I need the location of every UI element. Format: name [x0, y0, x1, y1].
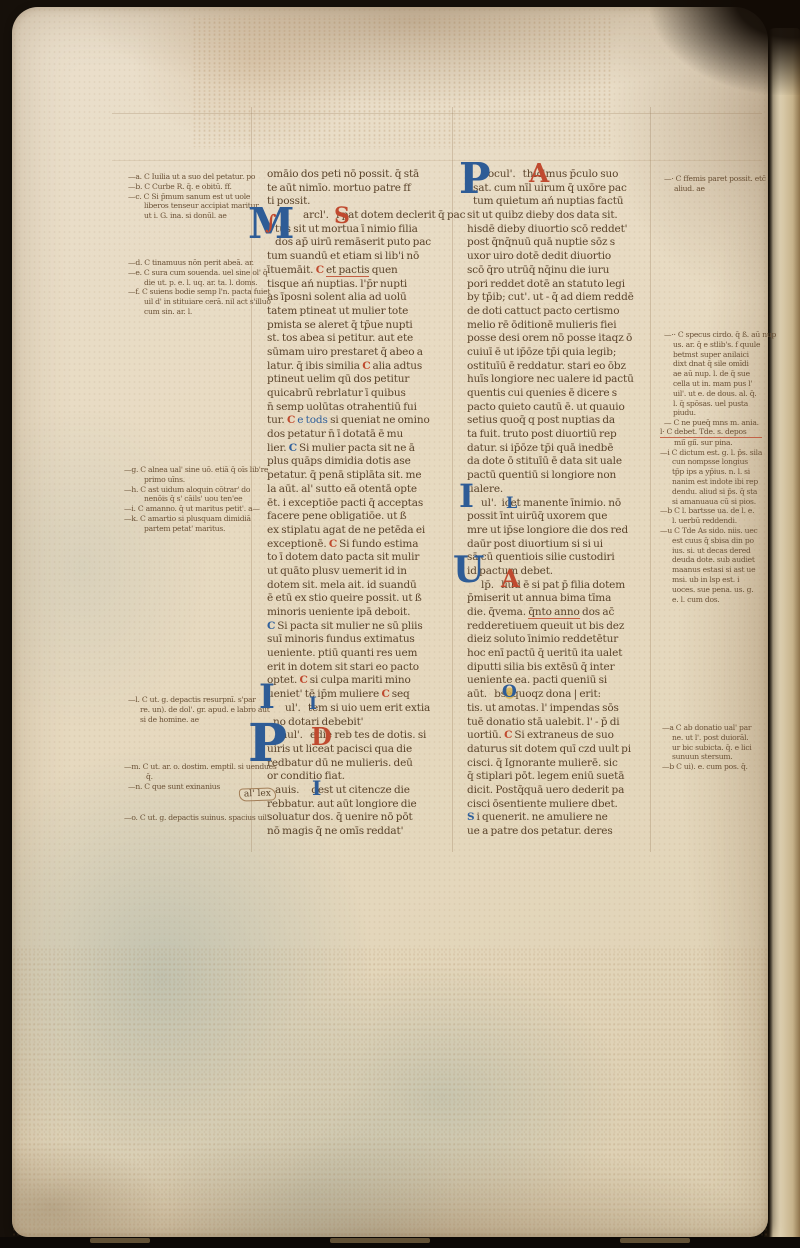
text-line: ut quāto plusv uemerit id in [267, 565, 465, 579]
page-stack-bottom-edge [0, 1237, 800, 1248]
text-line: lp̄. liud ē si pat p̄ filia dotem [467, 579, 663, 593]
text-line: pmista se aleret q̄ tp̄ue nupti [267, 319, 465, 333]
parchment-speckle-top [192, 17, 612, 147]
illuminated-initial-O: O [501, 685, 518, 700]
text-line: dos petatur n̄ ī dotatā ē mu [267, 428, 465, 442]
text-line: p̄miserit ut annua bima tīma [467, 592, 663, 606]
gloss-line: us. ar. q̄ e stlib's. f quule [664, 340, 776, 350]
text-line: tis. ut amotas. l' impendas sōs [467, 702, 663, 716]
text-line: no dotari debebit' [267, 716, 465, 730]
gloss-line: —u C Tde As sido. niis. uec [660, 526, 762, 536]
gloss-cluster-right: —a C ab donatio ual' parne. ut l'. post … [662, 723, 752, 772]
text-line: n̄ semp uolūtas otrahentiū fui [267, 401, 465, 415]
text-line: aul'. edie reb tes de dotis. si [267, 729, 465, 743]
gloss-cluster-left: —d. C tinamuus nōn perit abeā. ar.—e. C … [128, 258, 271, 317]
text-line: ex stiplatu agat de ne petēda ei [267, 524, 465, 538]
text-line: dicit. Postq̄quā uero dederit pa [467, 784, 663, 798]
text-line: sā cū quentiois silie custodiri [467, 551, 663, 565]
gloss-cluster-left: —g. C alnea ual' sine uō. etiā q̄ oīs li… [124, 465, 268, 534]
gloss-line: l· C debet. Tde. s. depos [660, 427, 762, 438]
text-line: or conditio fiat. [267, 770, 465, 784]
gloss-line: msi. ub in lsp est. i [660, 575, 762, 585]
main-text-column-2: rocul'. thicimus p̄culo suosat. cum nīl … [467, 168, 663, 839]
text-line: plus quāps dimidia dotis ase [267, 455, 465, 469]
text-line: die. q̄vema. q̄nto anno dos ac̄ [467, 606, 663, 620]
gloss-line: l. uerbū reddendi. [660, 516, 762, 526]
gloss-line: aliud. ae [664, 184, 766, 194]
text-line: la aūt. al' sutto eā otentā opte [267, 483, 465, 497]
gloss-line: —·· C specus cirdo. q̄ ß. aū nup [664, 330, 776, 340]
text-line: ti possit. [267, 195, 465, 209]
gloss-line: —b C l. bartsse ua. de l. e. [660, 506, 762, 516]
gloss-line: —a. C Iuilia ut a suo del petatur. po [128, 172, 259, 182]
gloss-line: l. q̄ spōsas. uel pusta [664, 399, 776, 409]
gloss-line: —· C ffemis paret possit. etc̄ [664, 174, 766, 184]
text-line: to ī dotem dato pacta sit mulir [267, 551, 465, 565]
text-line: petatur. q̄ penā stiplāta sit. me [267, 469, 465, 483]
text-line: uxor uiro dotē dedit diuortio [467, 250, 663, 264]
illuminated-initial-I: I [259, 682, 275, 713]
gloss-line: —d. C tinamuus nōn perit abeā. ar. [128, 258, 271, 268]
gloss-line: cum sin. ar. l. [128, 307, 271, 317]
text-line: tisque ań nuptias. l'p̄r nupti [267, 278, 465, 292]
illuminated-initial-A: A [529, 163, 549, 186]
text-line: scō q̄ro utrūq̄ nq̄inu die iuru [467, 264, 663, 278]
text-line: post q̄nq̄nuū quā nuptie sōz s [467, 236, 663, 250]
gloss-line: piudu. [664, 408, 776, 418]
illuminated-initial-A: A [501, 568, 520, 590]
text-line: ta fuit. truto post diuortiū rep [467, 428, 663, 442]
gloss-line: cun nompsse longius [660, 457, 762, 467]
text-line: cisci. q̄ Ignorante mulierē. sic [467, 757, 663, 771]
text-line: lier. CSi mulier pacta sit ne ā [267, 442, 465, 456]
text-line: cisci ōsentiente muliere dbet. [467, 798, 663, 812]
text-line: ul'. icet manente īnimio. nō [467, 497, 663, 511]
illuminated-initial-D: D [311, 726, 332, 748]
text-line: aūt. bsequoqz dona | erit: [467, 688, 663, 702]
gloss-line: ius. si. ut decas dered [660, 546, 762, 556]
text-line: minoris ueniente ipā deboit. [267, 606, 465, 620]
text-line: ualere. [467, 483, 663, 497]
gloss-cluster-right: l· C debet. Tde. s. deposmiī giī. sur pi… [660, 427, 762, 604]
illuminated-initial-I: I [312, 779, 321, 797]
text-line: exceptionē. CSi fundo estima [267, 538, 465, 552]
gloss-line: —i C dictum est. g. l. p̄s. sila [660, 448, 762, 458]
text-line: CSi pacta sit mulier ne sū pliis [267, 620, 465, 634]
gloss-line: ut i. G. ina. si donūl. ae [128, 211, 259, 221]
gloss-line: dendu. aliud si p̄s. q̄ sta [660, 487, 762, 497]
gloss-line: partem petat' maritus. [124, 524, 268, 534]
text-line: tur. Ce tods si queniat ne omino [267, 414, 465, 428]
gloss-line: ur bic subicta. q̄. e lici [662, 743, 752, 753]
text-line: posse desi orem nō posse itaqz ō [467, 332, 663, 346]
text-line: id pactum debet. [467, 565, 663, 579]
parchment-speckle-bottom [12, 947, 768, 1237]
text-line: redderetiuem queuit ut bis dez [467, 620, 663, 634]
illuminated-initial-I: I [309, 697, 317, 712]
text-line: melio rē ōditionē mulieris fiei [467, 319, 663, 333]
under-page-edge [764, 28, 800, 1238]
gloss-cluster-right: —·· C specus cirdo. q̄ ß. aū nupus. ar. … [664, 330, 776, 428]
text-line: tatem ptineat ut mulier tote [267, 305, 465, 319]
text-line: quentis cui quenies ē dicere s [467, 387, 663, 401]
gloss-line: —l. C ut. g. depactis resurpnī. s'par [128, 695, 270, 705]
text-line: diputti silia bis extēsū q̄ inter [467, 661, 663, 675]
manuscript-photo: { "palette":{"background":"#16100a","par… [0, 0, 800, 1248]
text-line: tuē donatio stā ualebit. l' - p̄ di [467, 716, 663, 730]
gloss-cluster-left: —a. C Iuilia ut a suo del petatur. po—b.… [128, 172, 259, 221]
gloss-line: —g. C alnea ual' sine uō. etiā q̄ oīs li… [124, 465, 268, 475]
text-line: pactū quentiū si longiore non [467, 469, 663, 483]
gloss-line: maanus estasi si ast ue [660, 565, 762, 575]
text-line: ē etū ex stio queire possit. ut ß [267, 592, 465, 606]
illuminated-initial-S: S [334, 207, 350, 227]
illuminated-initial-L: L [506, 496, 517, 510]
text-line: uiris ut liceat pacisci qua die [267, 743, 465, 757]
gloss-line: uil d' in stituiare cerā. nil act s'illu… [128, 297, 271, 307]
page-stack-sliver [90, 1238, 150, 1243]
illuminated-initial-P: P [248, 721, 287, 768]
text-line: hoc enī pactū q̄ ueritū ita ualet [467, 647, 663, 661]
text-line: setius quoq̄ q post nuptias da [467, 414, 663, 428]
gloss-line: est cuus q̄ sbisa din po [660, 536, 762, 546]
text-line: suī minoris fundus extimatus [267, 633, 465, 647]
text-line: arcl'. i pat dotem declerit q̄ pac [267, 209, 465, 223]
illuminated-initial-∫: ∫ [265, 213, 277, 231]
page-stack-sliver [620, 1238, 690, 1243]
al-lex-marginal-note: al' lex [239, 787, 276, 801]
ruling-line-horizontal [112, 113, 762, 114]
gloss-line: nenōis q̄ s' cāils' uou ten'ee [124, 494, 268, 504]
text-line: dotem sit. mela ait. id suandū [267, 579, 465, 593]
text-line: omāio dos peti nō possit. q̄ stā [267, 168, 465, 182]
gloss-line: nanim est indote ibi rep [660, 477, 762, 487]
gloss-line: —b. C Curbe R. q̄. e obitū. ff. [128, 182, 259, 192]
text-line: uortiū. CSi extraneus de suo [467, 729, 663, 743]
gloss-line: cella ut in. mam pus l' [664, 379, 776, 389]
text-line: ueniente ea. pacti queniū si [467, 674, 663, 688]
illuminated-initial-U: U [453, 554, 484, 586]
text-line: soluatur dos. q̄ uenire nō pōt [267, 811, 465, 825]
gloss-line: —a C ab donatio ual' par [662, 723, 752, 733]
text-line: dos ap̄ uirū remāserit puto pac [267, 236, 465, 250]
text-line: ueniet' tē ip̄m muliere Cseq [267, 688, 465, 702]
gloss-line: ne. ut l'. post duiorāl. [662, 733, 752, 743]
ruling-line-horizontal [112, 160, 762, 161]
text-line: sat. cum nīl uirum q̄ uxōre pac [467, 182, 663, 196]
text-line: ītuemāit. Cet pactis quen [267, 264, 465, 278]
text-line: quicabrū rebrlatur ī quibus [267, 387, 465, 401]
gloss-line: —k. C amartio si plusquam dimidiā [124, 514, 268, 524]
text-line: nō magis q̄ ne omīs reddat' [267, 825, 465, 839]
gloss-line: —o. C ut. g. depactis suinus. spacius ui… [124, 813, 271, 823]
text-line: Si quenerit. ne amuliere ne [467, 811, 663, 825]
text-line: mre ut ip̄se longiore die dos red [467, 524, 663, 538]
text-line: redbatur dū ne mulieris. deū [267, 757, 465, 771]
gloss-line: ae aū nup. l. de q̄ sue [664, 369, 776, 379]
text-line: latur. q̄ ibis similia Calia adtus [267, 360, 465, 374]
text-line: possit īnt uirūq̄ uxorem que [467, 510, 663, 524]
gloss-line: —i. C amanno. q̄ ut maritus petit'. a— [124, 504, 268, 514]
text-line: pori reddet dotē an statuto legi [467, 278, 663, 292]
text-line: ul'. tem si uio uem erit extia [267, 702, 465, 716]
main-text-column-1: omāio dos peti nō possit. q̄ stāte aūt n… [267, 168, 465, 839]
text-line: erit in dotem sit stari eo pacto [267, 661, 465, 675]
text-line: ptineut uelim qū dos petitur [267, 373, 465, 387]
text-line: da dote ō stituīū ē data sit uale [467, 455, 663, 469]
text-line: as īposni solent alia ad uolū [267, 291, 465, 305]
text-line: cuiuī ē ut ip̄ōze tp̄i quia legib; [467, 346, 663, 360]
page-stack-sliver [330, 1238, 430, 1243]
text-line: facere pene obligatiōe. ut ß [267, 510, 465, 524]
text-line: ēt. i exceptiōe pacti q̄ acceptas [267, 497, 465, 511]
text-line: te aūt nimīo. mortuo patre ff [267, 182, 465, 196]
text-line: sit ut quibz dieby dos data sit. [467, 209, 663, 223]
text-line: q̄ stiplari pōt. legem eniū suetā [467, 770, 663, 784]
gloss-line: sunuun stersum. [662, 752, 752, 762]
gloss-line: —f. C suiens bodie semp l'n. pacta fuiet [128, 287, 271, 297]
text-line: auis. dest ut citencze die [267, 784, 465, 798]
illuminated-initial-I: I [459, 482, 474, 511]
gloss-line: miī giī. sur pina. [660, 438, 762, 448]
text-line: rocul'. thicimus p̄culo suo [467, 168, 663, 182]
illuminated-initial-P: P [459, 160, 491, 198]
text-line: ueniente. ptiū quanti res uem [267, 647, 465, 661]
gloss-line: primo uīns. [124, 475, 268, 485]
text-line: rebbatur. aut aūt longiore die [267, 798, 465, 812]
text-line: hisdē dieby diuortio scō reddet' [467, 223, 663, 237]
gloss-line: —h. C ast uidum aloquin cōtrar' do [124, 485, 268, 495]
gloss-line: uoces. sue pena. us. g. [660, 585, 762, 595]
gloss-cluster-right: —· C ffemis paret possit. etc̄aliud. ae [664, 174, 766, 194]
text-line: tum quietum ań nuptias factū [467, 195, 663, 209]
text-line: ue a patre dos petatur. deres [467, 825, 663, 839]
text-line: st. tos abea si petitur. aut ete [267, 332, 465, 346]
text-line: daturus sit dotem quī czd uult pi [467, 743, 663, 757]
text-line: ostituīū ē reddatur. stari eo ōbz [467, 360, 663, 374]
text-line: by tp̄ib; cut'. ut - q̄ ad diem reddē [467, 291, 663, 305]
gloss-line: betmst super anilaici [664, 350, 776, 360]
gloss-line: si amanuaua cū si pios. [660, 497, 762, 507]
gloss-line: uil'. ut e. de dous. al. q̄. [664, 389, 776, 399]
gloss-line: deuda dote. sub audiet [660, 555, 762, 565]
text-line: sūmam uiro prestaret q̄ abeo a [267, 346, 465, 360]
text-line: tum suandū et etiam si lib'i nō [267, 250, 465, 264]
gloss-cluster-left: —o. C ut. g. depactis suinus. spacius ui… [124, 813, 271, 823]
text-line: tus sit ut mortua ī nimio filia [267, 223, 465, 237]
text-line: de doti cattuct pacto certismo [467, 305, 663, 319]
gloss-line: e. l. cum dos. [660, 595, 762, 605]
gloss-line: —e. C sura cum souenda. uel sine ol' q̄ [128, 268, 271, 278]
gloss-line: dixt dnat q̄ sile omīdi [664, 359, 776, 369]
text-line: dieiz soluto īnimio reddetētur [467, 633, 663, 647]
text-line: optet. Csi culpa mariti mino [267, 674, 465, 688]
book-page: omāio dos peti nō possit. q̄ stāte aūt n… [12, 7, 768, 1237]
gloss-line: die ut. p. e. l. uq. ar. ta. l. doms. [128, 278, 271, 288]
gloss-line: tp̄p ips a yp̄ius. n. l. si [660, 467, 762, 477]
gloss-line: —c. C Si p̄mum sanum est ut uole [128, 192, 259, 202]
text-line: huīs longiore nec ualere id pactū [467, 373, 663, 387]
text-line: daūr post diuortium si si ui [467, 538, 663, 552]
text-line: datur. si ip̄ōze tp̄i quā inedbē [467, 442, 663, 456]
text-line: pacto quieto cautū ē. ut quauio [467, 401, 663, 415]
gloss-line: —b C ui). e. cum pos. q̄. [662, 762, 752, 772]
gloss-line: liberos tenseur accipiat maritur [128, 201, 259, 211]
